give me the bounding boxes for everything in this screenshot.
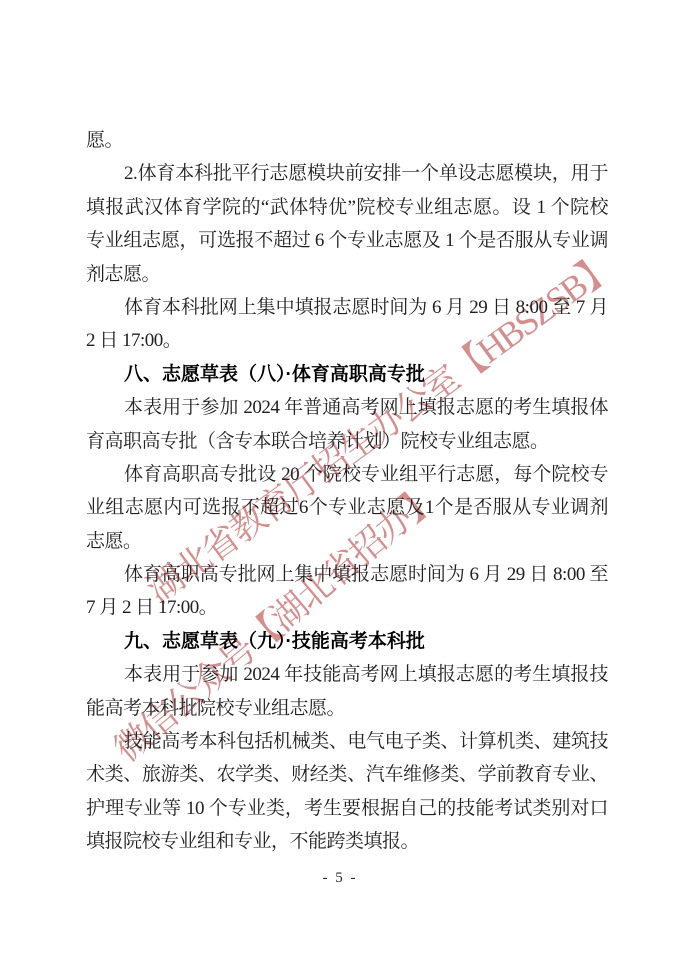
section-8-heading: 八、志愿草表（八）·体育高职高专批 <box>86 358 608 391</box>
doc-line: 2.体育本科批平行志愿模块前安排一个单设志愿模块，用于 <box>86 157 608 190</box>
doc-line: 体育高职高专批设 20 个院校专业组平行志愿，每个院校专 <box>86 458 608 491</box>
doc-line: 技能高考本科包括机械类、电气电子类、计算机类、建筑技 <box>86 725 608 758</box>
page-number: - 5 - <box>0 870 680 887</box>
doc-line: 本表用于参加 2024 年技能高考网上填报志愿的考生填报技 <box>86 658 608 691</box>
doc-line: 本表用于参加 2024 年普通高考网上填报志愿的考生填报体 <box>86 391 608 424</box>
doc-line: 护理专业等 10 个专业类，考生要根据自己的技能考试类别对口 <box>86 792 608 825</box>
doc-line: 志愿。 <box>86 525 608 558</box>
doc-line: 能高考本科批院校专业组志愿。 <box>86 692 608 725</box>
doc-line: 术类、旅游类、农学类、财经类、汽车维修类、学前教育专业、 <box>86 758 608 791</box>
doc-line: 填报武汉体育学院的“武体特优”院校专业组志愿。设 1 个院校 <box>86 191 608 224</box>
doc-line: 业组志愿内可选报不超过6个专业志愿及1个是否服从专业调剂 <box>86 491 608 524</box>
doc-line: 愿。 <box>86 124 608 157</box>
doc-line: 7 月 2 日 17:00。 <box>86 591 608 624</box>
doc-line: 2 日 17:00。 <box>86 324 608 357</box>
doc-line: 体育高职高专批网上集中填报志愿时间为 6 月 29 日 8:00 至 <box>86 558 608 591</box>
doc-line: 体育本科批网上集中填报志愿时间为 6 月 29 日 8:00 至 7 月 <box>86 291 608 324</box>
document-body: 愿。 2.体育本科批平行志愿模块前安排一个单设志愿模块，用于 填报武汉体育学院的… <box>86 124 608 859</box>
doc-line: 填报院校专业组和专业，不能跨类填报。 <box>86 825 608 858</box>
doc-line: 育高职高专批（含专本联合培养计划）院校专业组志愿。 <box>86 425 608 458</box>
document-page: 湖北省教育厅招生办公室【HBSZSB】 微信公众号【湖北省招办】 愿。 2.体育… <box>0 0 680 962</box>
doc-line: 剂志愿。 <box>86 258 608 291</box>
section-9-heading: 九、志愿草表（九）·技能高考本科批 <box>86 625 608 658</box>
doc-line: 专业组志愿，可选报不超过 6 个专业志愿及 1 个是否服从专业调 <box>86 224 608 257</box>
